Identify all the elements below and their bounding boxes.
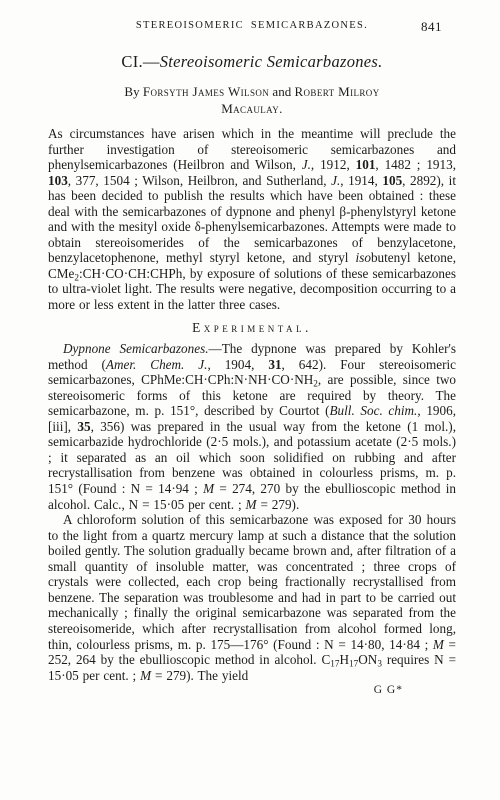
text-segment: and (269, 84, 294, 99)
text-segment: M (203, 481, 214, 496)
byline-line: Macaulay. (48, 100, 456, 117)
text-segment: = 279). The yield (151, 668, 248, 683)
text-segment: J. (331, 173, 340, 188)
text-segment: By (124, 84, 142, 99)
text-segment: Stereoisomeric Semicarbazones. (160, 52, 383, 71)
text-segment: , 1482 ; 1913, (375, 157, 456, 172)
text-segment: , 1914, (340, 173, 382, 188)
article-title: CI.—Stereoisomeric Semicarbazones. (48, 52, 456, 72)
byline-line: By Forsyth James Wilson and Robert Milro… (48, 83, 456, 100)
text-segment: :CH·CO·CH:CHPh, by exposure of solutions… (48, 266, 456, 312)
text-segment: M (140, 668, 151, 683)
text-segment: CI.— (121, 52, 159, 71)
text-segment: 103 (48, 173, 68, 188)
text-segment: Forsyth James Wilson (143, 84, 269, 99)
text-segment: , 377, 1504 ; Wilson, Heilbron, and Suth… (68, 173, 331, 188)
running-header: STEREOISOMERIC SEMICARBAZONES. 841 (48, 20, 456, 31)
section-heading: Experimental. (48, 320, 456, 336)
text-segment: = 279). (257, 497, 300, 512)
text-segment: , 1904, (207, 357, 268, 372)
paragraph: As circumstances have arisen which in th… (48, 126, 456, 313)
text-segment: ON (358, 652, 377, 667)
journal-page: STEREOISOMERIC SEMICARBAZONES. 841 CI.—S… (0, 0, 500, 800)
running-title: STEREOISOMERIC SEMICARBAZONES. (136, 20, 368, 31)
text-segment: H (339, 652, 349, 667)
page-number: 841 (421, 19, 442, 35)
paragraph: Dypnone Semicarbazones.—The dypnone was … (48, 341, 456, 512)
text-segment: M (433, 637, 444, 652)
text-segment: Amer. Chem. J. (106, 357, 208, 372)
paragraph: A chloroform solution of this semicarbaz… (48, 512, 456, 683)
text-segment: Robert Milroy (294, 84, 379, 99)
text-segment: 17 (349, 658, 358, 668)
text-segment: 101 (356, 157, 376, 172)
article-body: As circumstances have arisen which in th… (48, 126, 456, 683)
byline: By Forsyth James Wilson and Robert Milro… (48, 83, 456, 117)
text-segment: 105 (382, 173, 402, 188)
text-segment: Macaulay. (221, 101, 283, 116)
text-segment: Dypnone Semicarbazones. (63, 341, 209, 356)
text-segment: 31 (268, 357, 281, 372)
signature-mark: G G* (48, 684, 456, 696)
text-segment: A chloroform solution of this semicarbaz… (48, 512, 456, 651)
text-segment: Bull. Soc. chim. (329, 403, 417, 418)
page-content: STEREOISOMERIC SEMICARBAZONES. 841 CI.—S… (48, 20, 456, 696)
text-segment: iso (356, 250, 371, 265)
text-segment: M (246, 497, 257, 512)
text-segment: J. (302, 157, 311, 172)
text-segment: 35 (77, 419, 90, 434)
text-segment: , 1912, (311, 157, 356, 172)
